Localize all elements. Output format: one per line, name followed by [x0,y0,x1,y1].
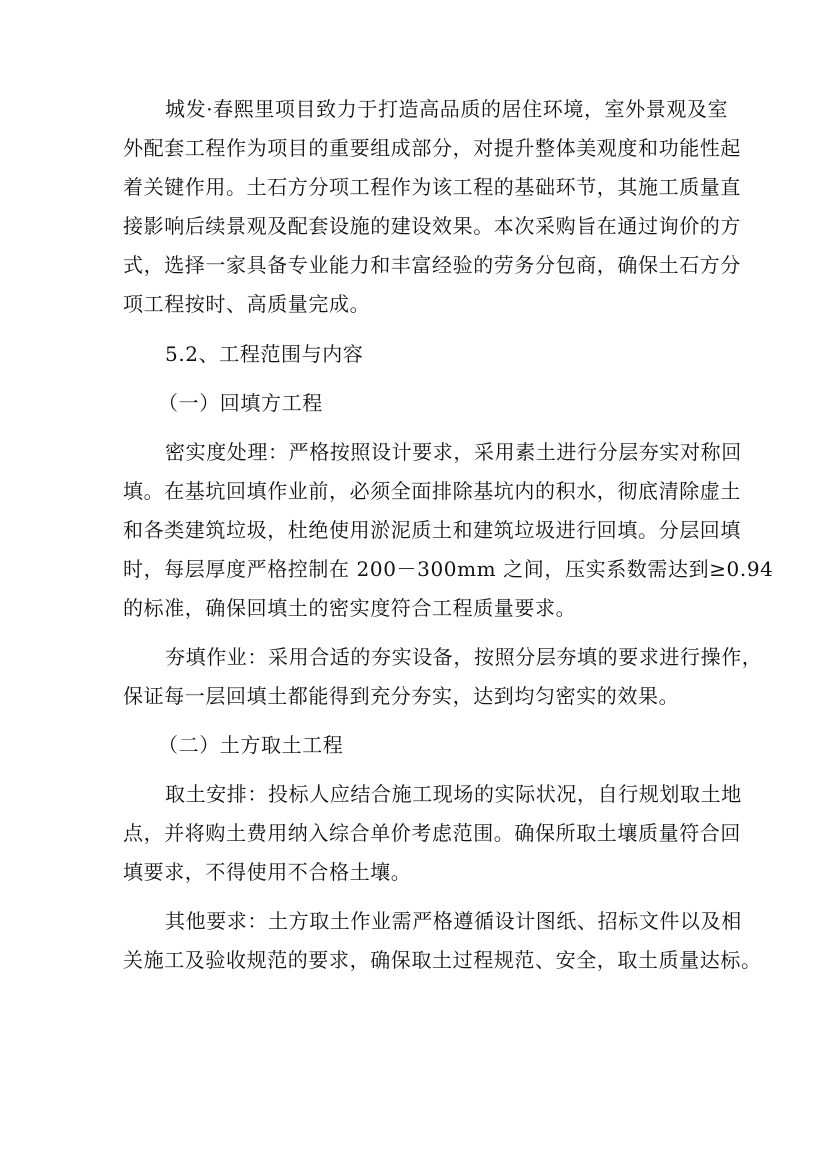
subheading-borrow-earth: （二）土方取土工程 [158,733,698,757]
subheading-backfill: （一）回填方工程 [158,391,698,415]
paragraph-other-requirements-line-1: 其他要求：土方取土作业需严格遵循设计图纸、招标文件以及相 [165,909,705,933]
paragraph-other-requirements-line-2: 关施工及验收规范的要求，确保取土过程规范、安全，取土质量达标。 [123,948,705,972]
paragraph-tamping-line-1: 夯填作业：采用合适的夯实设备，按照分层夯填的要求进行操作， [165,645,705,669]
paragraph-borrow-arrangement-line-1: 取土安排：投标人应结合施工现场的实际状况，自行规划取土地 [165,782,705,806]
paragraph-intro-line-2: 外配套工程作为项目的重要组成部分，对提升整体美观度和功能性起 [123,136,705,160]
paragraph-compaction-line-1: 密实度处理：严格按照设计要求，采用素土进行分层夯实对称回 [165,440,705,464]
paragraph-intro-line-3: 着关键作用。土石方分项工程作为该工程的基础环节，其施工质量直 [123,175,705,199]
paragraph-compaction-line-4: 时，每层厚度严格控制在 200－300mm 之间，压实系数需达到≥0.94 [123,557,705,581]
paragraph-intro-line-1: 城发·春熙里项目致力于打造高品质的居住环境，室外景观及室 [165,97,705,121]
paragraph-intro-line-4: 接影响后续景观及配套设施的建设效果。本次采购旨在通过询价的方 [123,214,705,238]
paragraph-compaction-line-2: 填。在基坑回填作业前，必须全面排除基坑内的积水，彻底清除虚土 [123,479,705,503]
paragraph-compaction-line-5: 的标准，确保回填土的密实度符合工程质量要求。 [123,596,705,620]
paragraph-borrow-arrangement-line-2: 点，并将购土费用纳入综合单价考虑范围。确保所取土壤质量符合回 [123,821,705,845]
section-heading-5-2: 5.2、工程范围与内容 [165,342,705,366]
paragraph-tamping-line-2: 保证每一层回填土都能得到充分夯实，达到均匀密实的效果。 [123,684,705,708]
paragraph-borrow-arrangement-line-3: 填要求，不得使用不合格土壤。 [123,860,705,884]
paragraph-compaction-line-3: 和各类建筑垃圾，杜绝使用淤泥质土和建筑垃圾进行回填。分层回填 [123,518,705,542]
paragraph-intro-line-5: 式，选择一家具备专业能力和丰富经验的劳务分包商，确保土石方分 [123,253,705,277]
document-page: 城发·春熙里项目致力于打造高品质的居住环境，室外景观及室 外配套工程作为项目的重… [0,0,826,1169]
paragraph-intro-line-6: 项工程按时、高质量完成。 [123,292,705,316]
